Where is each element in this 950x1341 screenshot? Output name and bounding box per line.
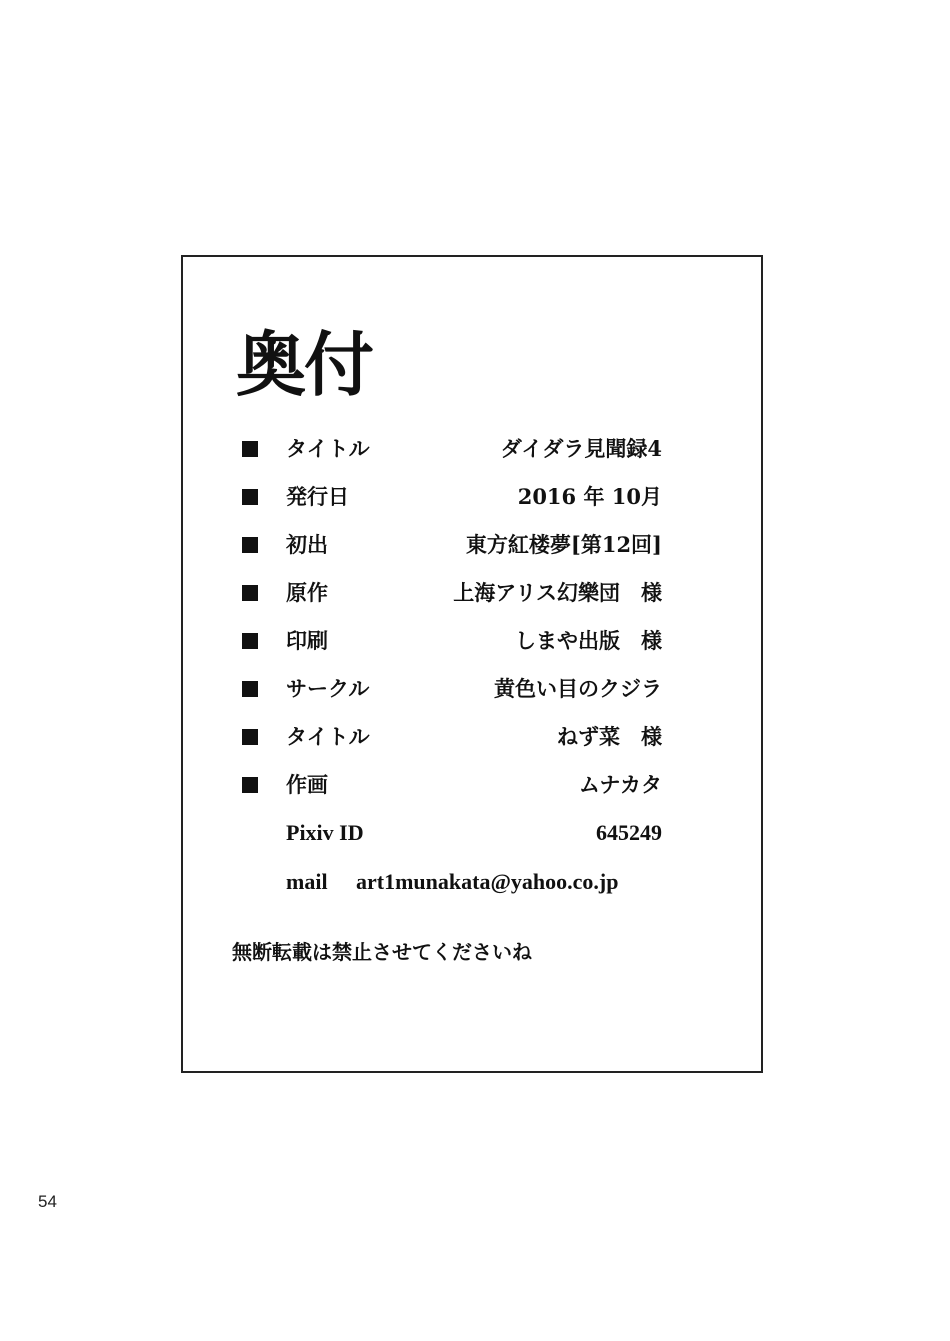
mail-row: mail art1munakata@yahoo.co.jp (286, 867, 662, 897)
square-bullet-icon (242, 729, 258, 745)
square-bullet-icon (242, 585, 258, 601)
entry-title: タイトル ダイダラ見聞録4 (242, 434, 662, 464)
mail-address: art1munakata@yahoo.co.jp (356, 867, 618, 897)
square-bullet-icon (242, 537, 258, 553)
page-title: 奥付 (236, 330, 372, 400)
entry-circle: サークル 黄色い目のクジラ (242, 674, 662, 704)
entry-label: 原作 (286, 578, 328, 608)
entry-value: 上海アリス幻樂団 様 (453, 578, 662, 608)
entry-value: ねず菜 様 (557, 722, 662, 752)
entry-label: 作画 (286, 770, 328, 800)
square-bullet-icon (242, 681, 258, 697)
square-bullet-icon (242, 633, 258, 649)
pixiv-id-value: 645249 (596, 818, 662, 848)
square-bullet-icon (242, 441, 258, 457)
page-number: 54 (38, 1192, 57, 1212)
entry-artwork: 作画 ムナカタ (242, 770, 662, 800)
mail-label: mail (286, 867, 328, 897)
square-bullet-icon (242, 489, 258, 505)
entry-label: 発行日 (286, 482, 349, 512)
entry-printing: 印刷 しまや出版 様 (242, 626, 662, 656)
entry-label: サークル (286, 674, 369, 704)
copyright-notice: 無断転載は禁止させてくださいね (232, 937, 532, 967)
entry-label: タイトル (286, 722, 370, 752)
entry-original-work: 原作 上海アリス幻樂団 様 (242, 578, 662, 608)
entry-title-2: タイトル ねず菜 様 (242, 722, 662, 752)
entry-value: ダイダラ見聞録4 (501, 434, 662, 464)
entry-value: 東方紅楼夢[第12回] (466, 530, 662, 560)
entry-first-appearance: 初出 東方紅楼夢[第12回] (242, 530, 662, 560)
entry-label: タイトル (286, 434, 370, 464)
pixiv-id-label: Pixiv ID (286, 818, 364, 848)
entry-publish-date: 発行日 2016 年 10月 (242, 482, 662, 512)
pixiv-id-row: Pixiv ID 645249 (286, 818, 662, 848)
entry-value: ムナカタ (579, 770, 662, 800)
entry-label: 初出 (286, 530, 328, 560)
entry-value: しまや出版 様 (515, 626, 662, 656)
square-bullet-icon (242, 777, 258, 793)
entry-value: 黄色い目のクジラ (494, 674, 662, 704)
entry-value: 2016 年 10月 (518, 482, 662, 512)
entry-label: 印刷 (286, 626, 328, 656)
